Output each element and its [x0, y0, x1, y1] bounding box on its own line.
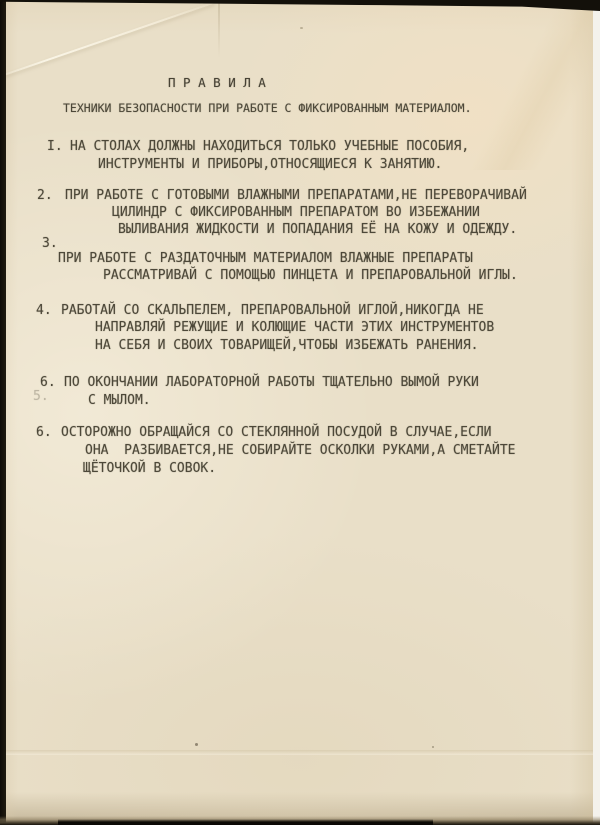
rule-number: 2. — [37, 188, 53, 203]
paper-speck — [195, 743, 198, 746]
rule-number: 6. — [40, 375, 56, 390]
rule-number: I. — [47, 139, 63, 154]
rule-line: НА СТОЛАХ ДОЛЖНЫ НАХОДИТЬСЯ ТОЛЬКО УЧЕБН… — [70, 139, 469, 154]
document-subtitle: ТЕХНИКИ БЕЗОПАСНОСТИ ПРИ РАБОТЕ С ФИКСИР… — [63, 101, 472, 116]
rule-line: ПРИ РАБОТЕ С ГОТОВЫМИ ВЛАЖНЫМИ ПРЕПАРАТА… — [65, 188, 527, 203]
rule-line: ВЫЛИВАНИЯ ЖИДКОСТИ И ПОПАДАНИЯ ЕЁ НА КОЖ… — [118, 222, 517, 237]
rule-line: ПРИ РАБОТЕ С РАЗДАТОЧНЫМ МАТЕРИАЛОМ ВЛАЖ… — [58, 251, 473, 266]
rule-line: НА СЕБЯ И СВОИХ ТОВАРИЩЕЙ,ЧТОБЫ ИЗБЕЖАТЬ… — [95, 338, 479, 353]
document-title: П Р А В И Л А — [168, 75, 266, 90]
rule-line: ПО ОКОНЧАНИИ ЛАБОРАТОРНОЙ РАБОТЫ ТЩАТЕЛЬ… — [64, 375, 479, 390]
rule-line: ИНСТРУМЕНТЫ И ПРИБОРЫ,ОТНОСЯЩИЕСЯ К ЗАНЯ… — [98, 157, 442, 172]
paper-speck — [432, 746, 434, 748]
rule-number: 4. — [36, 303, 52, 318]
rule-line: НАПРАВЛЯЙ РЕЖУЩИЕ И КОЛЮЩИЕ ЧАСТИ ЭТИХ И… — [95, 320, 494, 335]
rule-line: С МЫЛОМ. — [88, 393, 151, 408]
rule-number: 3. — [42, 236, 58, 251]
paper-crease — [0, 750, 600, 755]
scan-edge-left — [0, 0, 6, 825]
rule-number: 6. — [36, 425, 52, 440]
scan-edge-right — [593, 0, 600, 825]
rule-line: ЦИЛИНДР С ФИКСИРОВАННЫМ ПРЕПАРАТОМ ВО ИЗ… — [112, 205, 480, 220]
paper-crease — [218, 0, 220, 58]
paper-speck — [300, 27, 303, 29]
rule-ghost-number: 5. — [33, 389, 49, 404]
rule-line: РАБОТАЙ СО СКАЛЬПЕЛЕМ, ПРЕПАРОВАЛЬНОЙ ИГ… — [61, 303, 484, 318]
rule-line: ОНА РАЗБИВАЕТСЯ,НЕ СОБИРАЙТЕ ОСКОЛКИ РУК… — [85, 443, 515, 458]
scanned-document: П Р А В И Л А ТЕХНИКИ БЕЗОПАСНОСТИ ПРИ Р… — [0, 0, 600, 825]
rule-line: РАССМАТРИВАЙ С ПОМОЩЬЮ ПИНЦЕТА И ПРЕПАРО… — [103, 268, 518, 283]
scan-edge-bottom-shadow — [58, 819, 433, 825]
rule-line: ЩЁТОЧКОЙ В СОВОК. — [83, 461, 216, 476]
rule-line: ОСТОРОЖНО ОБРАЩАЙСЯ СО СТЕКЛЯННОЙ ПОСУДО… — [61, 425, 491, 440]
